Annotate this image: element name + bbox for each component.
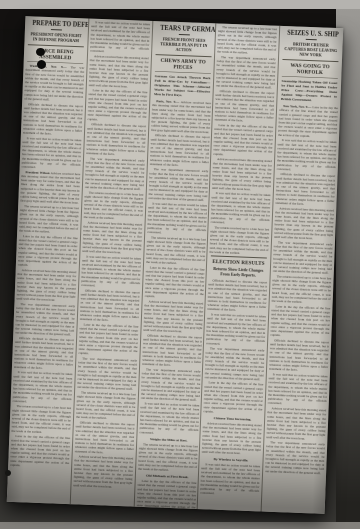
body-paragraph: The returns received up to a late hour l… (138, 443, 198, 474)
paragraph-text: Officials declined to discuss the report… (14, 337, 74, 370)
body-paragraph: Officials declined to discuss the report… (142, 334, 202, 369)
headline: SEIZES U. S. SHIP (287, 29, 336, 39)
body-paragraph: Later in the day the officers of the lin… (78, 323, 138, 358)
scanned-newspaper: PREPARE TO DEFENDPRESIDENT OPENS FIGHT I… (0, 0, 360, 529)
body-paragraph: Advices received here this morning state… (267, 407, 327, 442)
paragraph-text: It was said that no action would be take… (22, 137, 82, 170)
paragraph-text: Advices received here this morning state… (20, 172, 80, 205)
body-paragraph: It was said that no action would be take… (277, 139, 337, 174)
paragraph-text: Officials declined to discuss the report… (142, 334, 202, 367)
paragraph-text: The war department announced early today… (273, 241, 333, 275)
body-paragraph: Advices received here this morning state… (73, 455, 133, 490)
paragraph-text: Officials declined to discuss the report… (215, 90, 275, 123)
paragraph-text: Later in the day the officers of the lin… (278, 106, 338, 138)
paragraph-text: It was said that no action would be take… (206, 313, 266, 346)
body-paragraph: It was said that no action would be take… (147, 202, 207, 237)
paragraph-text: Advices received here this morning state… (212, 158, 272, 192)
paragraph-text: Officials declined to discuss the report… (149, 134, 209, 167)
paragraph-text: It was said that no action would be take… (147, 202, 207, 235)
paragraph-text: The war department announced early today… (148, 168, 208, 202)
paragraph-text: It was said that no action would be take… (81, 255, 141, 288)
scan-bottom-margin (0, 522, 360, 529)
paragraph-text: Advices received here this morning state… (202, 422, 262, 456)
body-paragraph: Later in the day the officers of the lin… (270, 305, 330, 340)
body-paragraph: Officials declined to discuss the report… (14, 337, 74, 372)
paragraph-text: The war department announced early today… (85, 157, 145, 191)
body-paragraph: The returns received up to a late hour l… (210, 226, 270, 257)
paragraph-text: It was said that no action would be take… (201, 463, 261, 496)
divider-rule (282, 76, 338, 79)
body-paragraph: Advices received here this morning state… (16, 268, 76, 303)
paragraph-text: It was said that no action would be take… (90, 21, 150, 54)
paragraph-text: Advices received here this morning state… (17, 269, 77, 303)
paragraph-text: The returns received up to a late hour l… (218, 26, 278, 55)
divider-rule (155, 54, 211, 57)
body-paragraph: New York, Nov. 9.— Later in the day the … (278, 104, 338, 139)
paragraph-text: The returns received up to a late hour l… (272, 275, 332, 304)
paragraph-text: The war department announced early today… (140, 368, 200, 402)
paragraph-text: Later in the day the officers of the lin… (78, 323, 138, 355)
body-paragraph: Later in the day the officers of the lin… (204, 381, 264, 416)
headline-ornament (51, 29, 62, 30)
subheadline: FORCE BEING ASSEMBLED (26, 47, 85, 61)
body-paragraph: Later in the day the officers of the lin… (144, 266, 204, 301)
paragraph-text: Later in the day the officers of the lin… (271, 305, 331, 337)
body-paragraph: Advices received here this morning state… (212, 158, 272, 193)
paragraph-text: Later in the day the officers of the lin… (10, 435, 70, 467)
body-paragraph: The war department announced early today… (273, 241, 333, 276)
body-paragraph: Later in the day the officers of the lin… (18, 234, 78, 269)
paragraph-text: It was said that no action would be take… (139, 402, 199, 435)
paragraph-text: Advices received here this morning state… (267, 407, 327, 441)
paragraph-text: Officials declined to discuss the report… (86, 123, 146, 156)
paragraph-text: Later in the day the officers of the lin… (214, 124, 274, 156)
body-paragraph: Advices received here this morning state… (89, 55, 149, 90)
body-paragraph: Officials declined to discuss the report… (269, 339, 329, 374)
paragraph-text: Later in the day the officers of the lin… (144, 266, 204, 298)
newspaper-page: PREPARE TO DEFENDPRESIDENT OPENS FIGHT I… (7, 16, 343, 514)
headline-deck: PRESIDENT OPENS FIGHT IN DEFENSE PROGRAM (29, 32, 83, 44)
body-paragraph: Advices received here this morning state… (143, 300, 203, 335)
paragraph-text: Advices received here this morning state… (143, 300, 203, 334)
paragraph-text: Advices received here this morning state… (89, 55, 149, 89)
body-paragraph: President Wilson Advices received here t… (20, 170, 80, 205)
paragraph-text: It was said that no action would be take… (268, 373, 328, 406)
paragraph-text: Later in the day the officers of the lin… (136, 479, 196, 509)
headline-deck: FRENCH FRONT SEES TERRIBLE PLAN PUT IN A… (156, 37, 210, 54)
paragraph-text: The returns received up to a late hour l… (138, 443, 198, 472)
body-paragraph: The war department announced early today… (265, 441, 325, 476)
body-paragraph: The war department announced early today… (77, 357, 137, 392)
body-paragraph: It was said that no action would be take… (268, 373, 328, 408)
paragraph-text: Advices received here this morning state… (274, 207, 334, 241)
divider-rule (155, 71, 211, 74)
headline: PREPARE TO DEFEND (32, 19, 81, 29)
body-paragraph: It was said that no action would be take… (139, 402, 199, 437)
divider-rule (28, 44, 84, 47)
body-paragraph: Later in the day the officers of the lin… (87, 89, 147, 124)
body-paragraph: It was said that no action would be take… (22, 136, 82, 171)
body-paragraph: Later in the day the officers of the lin… (10, 435, 70, 470)
subheadline: WAS GOING TO NORFOLK (281, 62, 340, 76)
headline: TEARS UP GERMANS (160, 24, 209, 34)
paragraph-text: It was said that no action would be take… (13, 371, 73, 404)
paragraph-text: The returns received up to a late hour l… (11, 405, 71, 434)
paragraph-text: The returns received up to a late hour l… (210, 226, 270, 255)
paragraph-text: The war department announced early today… (15, 303, 75, 337)
column-grid: PREPARE TO DEFENDPRESIDENT OPENS FIGHT I… (7, 16, 343, 514)
paragraph-text: Advices received here this morning state… (82, 221, 142, 255)
body-paragraph: The returns received up to a late hour l… (11, 405, 71, 436)
body-paragraph: Later in the day the officers of the lin… (214, 124, 274, 159)
body-paragraph: Officials declined to discuss the report… (23, 102, 83, 137)
paragraph-text: The war department announced early today… (265, 441, 325, 475)
paragraph-text: Officials declined to discuss the report… (208, 279, 268, 312)
body-paragraph: It was said that no action would be take… (13, 371, 73, 406)
ink-blot (5, 470, 11, 476)
body-paragraph: Officials declined to discuss the report… (215, 89, 275, 124)
body-paragraph: Advices received here this morning state… (82, 221, 142, 256)
body-paragraph: The returns received up to a late hour l… (19, 204, 79, 235)
paragraph-text: The war department announced early today… (24, 66, 84, 102)
headline-deck: Returns Show Little Changes From Early R… (211, 266, 265, 278)
body-paragraph: The war department announced early today… (85, 157, 145, 192)
divider-rule (27, 61, 83, 64)
body-paragraph: Later in the day the officers of the lin… (136, 479, 196, 509)
body-paragraph: The war department announced early today… (140, 368, 200, 403)
headline-ornament (306, 39, 317, 40)
body-paragraph: The war department announced early today… (216, 55, 276, 90)
headline-summary: German Gas Attack Thrown Back Full in Af… (154, 74, 211, 99)
paragraph-text: It was said that no action would be take… (277, 139, 337, 172)
paragraph-text: Officials declined to discuss the report… (75, 421, 135, 454)
body-paragraph: Officials declined to discuss the report… (74, 421, 134, 456)
body-paragraph: Officials declined to discuss the report… (80, 289, 140, 324)
body-paragraph: Washington, Nov. 9.— The war department … (24, 64, 84, 103)
paragraph-text: The war department announced early today… (205, 347, 265, 381)
paragraph-text: The war department announced early today… (77, 357, 137, 391)
ink-blot (37, 60, 46, 69)
headline-summary: Steamship Hocking Taken Off Coast by Fle… (281, 79, 338, 104)
paragraph-text: The returns received up to a late hour l… (76, 391, 136, 420)
body-paragraph: Officials declined to discuss the report… (86, 123, 146, 158)
paragraph-text: Later in the day the officers of the lin… (18, 235, 78, 267)
body-paragraph: Officials declined to discuss the report… (149, 134, 209, 169)
paragraph-text: Officials declined to discuss the report… (269, 339, 329, 372)
body-paragraph: Officials declined to discuss the report… (276, 173, 336, 208)
paragraph-text: Officials declined to discuss the report… (276, 173, 336, 206)
body-paragraph: The war department announced early today… (148, 168, 208, 203)
body-paragraph: The returns received up to a late hour l… (83, 191, 143, 222)
paragraph-text: The returns received up to a late hour l… (19, 205, 79, 234)
body-paragraph: It was said that no action would be take… (211, 192, 271, 227)
body-paragraph: It was said that no action would be take… (201, 463, 261, 498)
body-paragraph: It was said that no action would be take… (206, 313, 266, 348)
paragraph-text: Officials declined to discuss the report… (80, 289, 140, 322)
scan-top-margin (0, 0, 360, 9)
subheadline: CHEWS ARMY TO PIECES (153, 57, 212, 71)
paragraph-text: Advices received here this morning state… (151, 101, 211, 134)
headline-deck: BRITISH CRUISER CAPTURES BOAT LEAVING NE… (284, 42, 338, 59)
paragraph-text: The returns received up to a late hour l… (146, 236, 206, 265)
paragraph-text: Later in the day the officers of the lin… (87, 89, 147, 121)
paragraph-text: Advices received here this morning state… (73, 455, 133, 489)
body-paragraph: The war department announced early today… (205, 347, 265, 382)
headline-ornament (178, 34, 189, 35)
paragraph-text: The returns received up to a late hour l… (84, 191, 144, 220)
body-paragraph: The returns received up to a late hour l… (76, 391, 136, 422)
body-paragraph: The returns received up to a late hour l… (146, 236, 206, 267)
divider-rule (283, 59, 339, 62)
ink-blot (36, 48, 45, 56)
body-paragraph: It was said that no action would be take… (81, 255, 141, 290)
paragraph-text: Later in the day the officers of the lin… (204, 381, 264, 413)
body-paragraph: Officials declined to discuss the report… (208, 279, 268, 314)
paragraph-text: Officials declined to discuss the report… (23, 103, 83, 136)
body-paragraph: Advices received here this morning state… (274, 207, 334, 242)
body-paragraph: It was said that no action would be take… (90, 21, 150, 56)
body-paragraph: Paris, Nov. 9.— Advices received here th… (151, 100, 211, 135)
body-paragraph: The returns received up to a late hour l… (218, 25, 278, 56)
paragraph-text: The war department announced early today… (216, 56, 276, 90)
paragraph-text: It was said that no action would be take… (211, 192, 271, 225)
body-paragraph: The war department announced early today… (15, 302, 75, 337)
body-paragraph: The returns received up to a late hour l… (272, 275, 332, 306)
body-paragraph: Advices received here this morning state… (202, 422, 262, 457)
